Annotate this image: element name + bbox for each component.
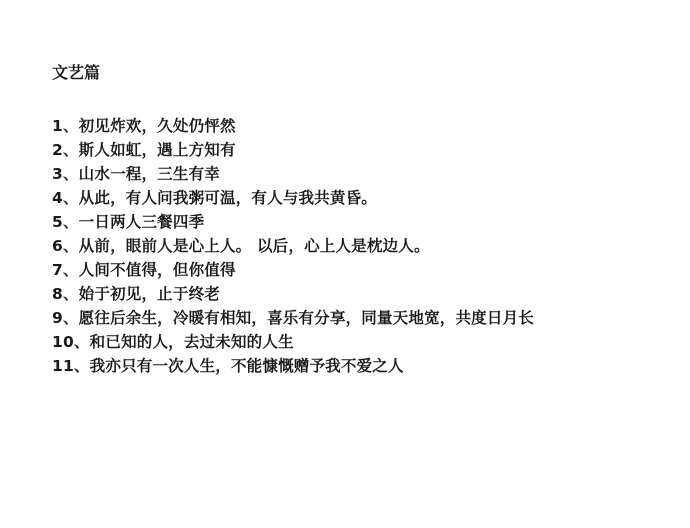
list-item: 7、人间不值得，但你值得: [52, 258, 534, 282]
list-item: 8、始于初见，止于终老: [52, 282, 534, 306]
document-title: 文艺篇: [52, 62, 534, 84]
document: 文艺篇 1、初见炸欢，久处仍怦然 2、斯人如虹，遇上方知有 3、山水一程，三生有…: [52, 62, 534, 378]
list-item: 6、从前，眼前人是心上人。 以后，心上人是枕边人。: [52, 234, 534, 258]
list-item: 5、一日两人三餐四季: [52, 210, 534, 234]
list-item: 11、我亦只有一次人生，不能慷慨赠予我不爱之人: [52, 354, 534, 378]
list-item: 2、斯人如虹，遇上方知有: [52, 138, 534, 162]
quote-list: 1、初见炸欢，久处仍怦然 2、斯人如虹，遇上方知有 3、山水一程，三生有幸 4、…: [52, 114, 534, 378]
list-item: 10、和已知的人，去过未知的人生: [52, 330, 534, 354]
list-item: 3、山水一程，三生有幸: [52, 162, 534, 186]
list-item: 4、从此，有人问我粥可温，有人与我共黄昏。: [52, 186, 534, 210]
list-item: 9、愿往后余生，冷暖有相知，喜乐有分享，同量天地宽，共度日月长: [52, 306, 534, 330]
list-item: 1、初见炸欢，久处仍怦然: [52, 114, 534, 138]
